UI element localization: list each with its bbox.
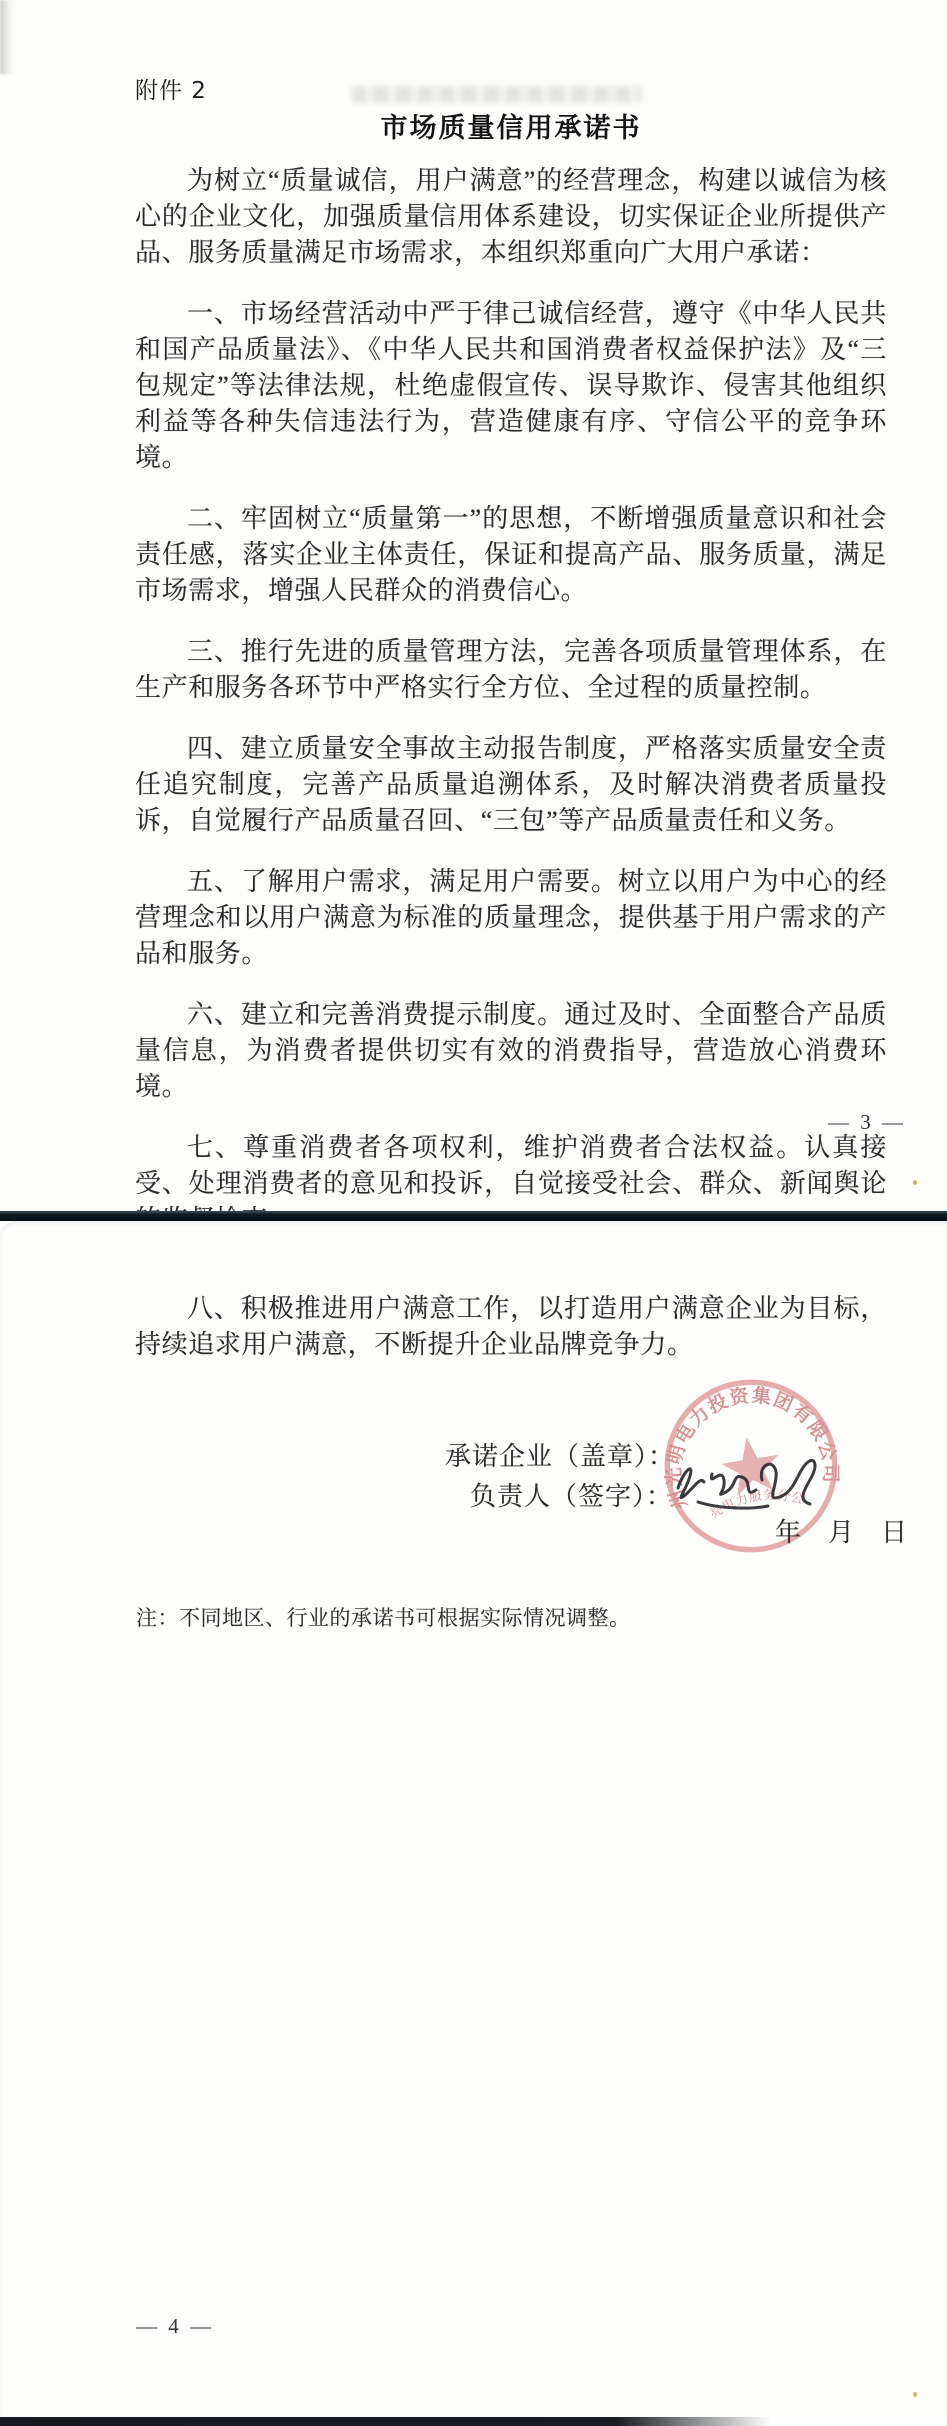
date-month-label: 月 — [828, 1512, 854, 1549]
clause-paragraph-3: 三、推行先进的质量管理方法，完善各项质量管理体系，在生产和服务各环节中严格实行全… — [135, 634, 887, 706]
page-3-body: 为树立“质量诚信，用户满意”的经营理念，构建以诚信为核心的企业文化，加强质量信用… — [135, 163, 887, 1263]
page-3-sheet: 附件 2 市场质量信用承诺书 为树立“质量诚信，用户满意”的经营理念，构建以诚信… — [0, 0, 947, 1211]
clause-paragraph-5: 五、了解用户需求，满足用户需要。树立以用户为中心的经营理念和以用户满意为标准的质… — [135, 864, 887, 972]
clause-paragraph-1: 一、市场经营活动中严于律己诚信经营，遵守《中华人民共和国产品质量法》、《中华人民… — [135, 296, 887, 476]
footnote: 注：不同地区、行业的承诺书可根据实际情况调整。 — [136, 1602, 836, 1632]
signature-strokes — [664, 1450, 828, 1520]
date-year-label: 年 — [775, 1512, 801, 1549]
company-seal-label: 承诺企业（盖章）： — [445, 1436, 675, 1473]
clause-paragraph-2: 二、牢固树立“质量第一”的思想，不断增强质量意识和社会责任感，落实企业主体责任，… — [135, 501, 887, 609]
scan-speck — [913, 2392, 917, 2397]
page-number-3: — 3 — — [828, 1110, 906, 1135]
clause-paragraph-6: 六、建立和完善消费提示制度。通过及时、全面整合产品质量信息，为消费者提供切实有效… — [135, 997, 887, 1105]
clause-paragraph-4: 四、建立质量安全事故主动报告制度，严格落实质量安全责任追究制度，完善产品质量追溯… — [135, 731, 887, 839]
handwritten-signature — [664, 1450, 828, 1520]
scan-smudge — [0, 0, 16, 74]
intro-paragraph: 为树立“质量诚信，用户满意”的经营理念，构建以诚信为核心的企业文化，加强质量信用… — [135, 163, 887, 271]
date-day-label: 日 — [881, 1512, 907, 1549]
page-separator-band — [0, 1211, 947, 1221]
scanned-document: 附件 2 市场质量信用承诺书 为树立“质量诚信，用户满意”的经营理念，构建以诚信… — [0, 0, 947, 2426]
attachment-label: 附件 2 — [135, 72, 207, 105]
scan-edge-strip — [0, 2417, 772, 2426]
document-title: 市场质量信用承诺书 — [135, 106, 887, 145]
page-number-4: — 4 — — [136, 2314, 214, 2339]
clause-paragraph-8: 八、积极推进用户满意工作，以打造用户满意企业为目标，持续追求用户满意，不断提升企… — [135, 1291, 887, 1363]
person-signature-label: 负责人（签字）： — [470, 1476, 673, 1513]
bleed-through-ghost — [352, 86, 642, 103]
scan-speck — [913, 1180, 917, 1185]
